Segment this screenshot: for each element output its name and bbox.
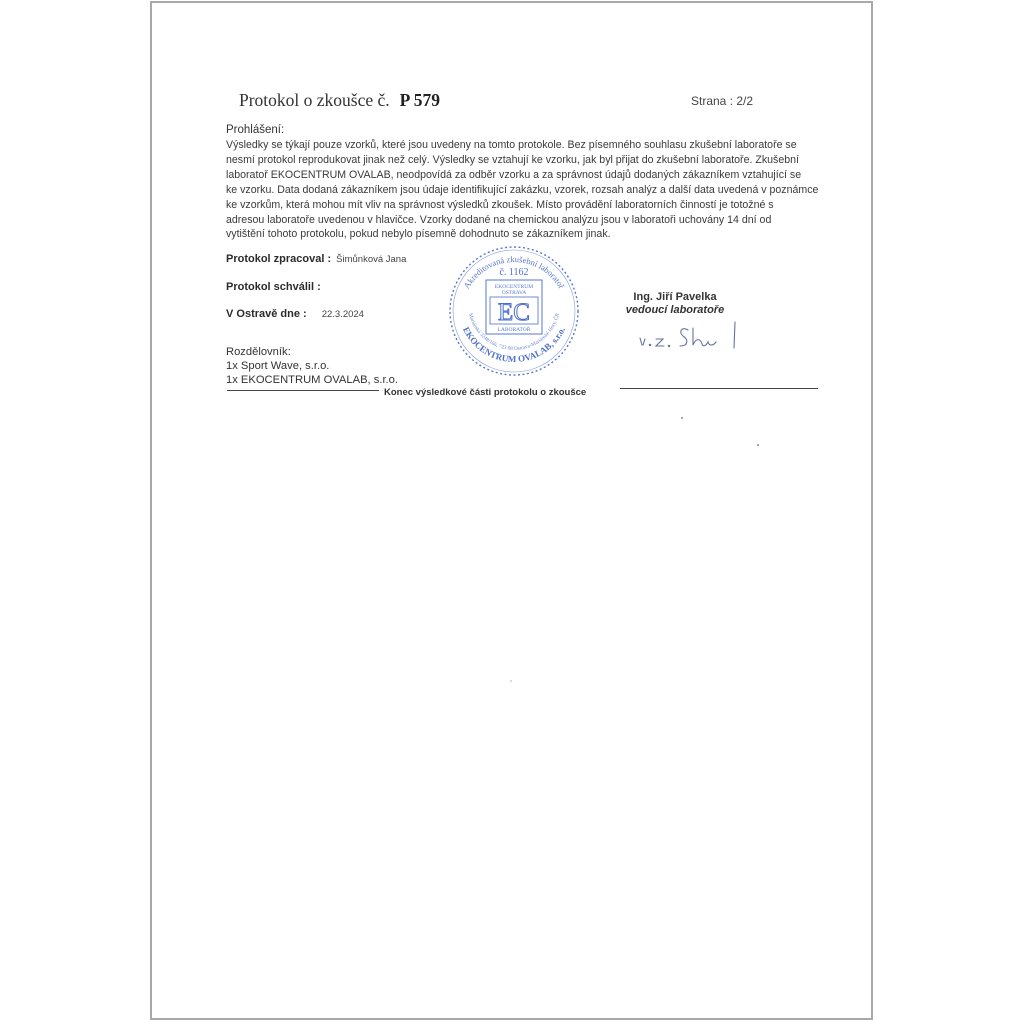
page-indicator: Strana : 2/2 [691,94,753,108]
approved-by-label: Protokol schválil : [226,281,321,293]
distribution-item: 1x Sport Wave, s.r.o. [226,360,398,374]
distribution-list: Rozdělovník: 1x Sport Wave, s.r.o. 1x EK… [226,346,398,387]
scan-speck [757,444,759,446]
declaration-line: nesmí protokol reprodukovat jinak než ce… [226,153,846,168]
declaration-line: vytištění tohoto protokolu, pokud nebylo… [226,227,846,242]
end-of-results-text: Konec výsledkové části protokolu o zkouš… [384,387,586,398]
protocol-title: Protokol o zkoušce č.P 579 [239,90,440,111]
date-label: V Ostravě dne : [226,308,307,320]
declaration-heading: Prohlášení: [226,124,284,136]
distribution-heading: Rozdělovník: [226,346,398,360]
svg-text:OSTRAVA: OSTRAVA [502,290,527,296]
declaration-line: adresou laboratoře uvedenou v hlavičce. … [226,213,846,228]
divider-left [227,390,379,391]
divider-right [620,388,818,389]
title-text: Protokol o zkoušce č. [239,90,390,110]
protocol-number: P 579 [400,90,440,110]
date-value: 22.3.2024 [322,309,364,320]
svg-text:EC: EC [498,299,530,326]
handwritten-signature [636,318,746,363]
signature-graphic [636,318,746,358]
signer-name: Ing. Jiří Pavelka [600,291,750,304]
svg-text:č. 1162: č. 1162 [499,267,528,278]
stamp-graphic: Akreditovaná zkušební laboratoř č. 1162 … [444,244,584,379]
signer-block: Ing. Jiří Pavelka vedoucí laboratoře [600,291,750,317]
svg-text:LABORATOŘ: LABORATOŘ [498,325,531,333]
declaration-text: Výsledky se týkají pouze vzorků, které j… [226,138,846,242]
signer-role: vedoucí laboratoře [600,304,750,317]
declaration-line: ke vzorku. Data dodaná zákazníkem jsou ú… [226,183,846,198]
prepared-by-label: Protokol zpracoval : [226,253,331,265]
scan-speck [510,680,512,682]
declaration-line: Výsledky se týkají pouze vzorků, které j… [226,138,846,153]
approved-by-row: Protokol schválil : [226,277,321,295]
prepared-by-value: Šimůnková Jana [336,254,406,265]
laboratory-stamp: Akreditovaná zkušební laboratoř č. 1162 … [444,244,584,384]
declaration-line: laboratoř EKOCENTRUM OVALAB, neodpovídá … [226,168,846,183]
date-row: V Ostravě dne :22.3.2024 [226,304,364,322]
prepared-by-row: Protokol zpracoval :Šimůnková Jana [226,249,406,267]
distribution-item: 1x EKOCENTRUM OVALAB, s.r.o. [226,374,398,388]
scan-speck [681,417,683,419]
declaration-line: ke vzorkům, která mohou mít vliv na sprá… [226,198,846,213]
